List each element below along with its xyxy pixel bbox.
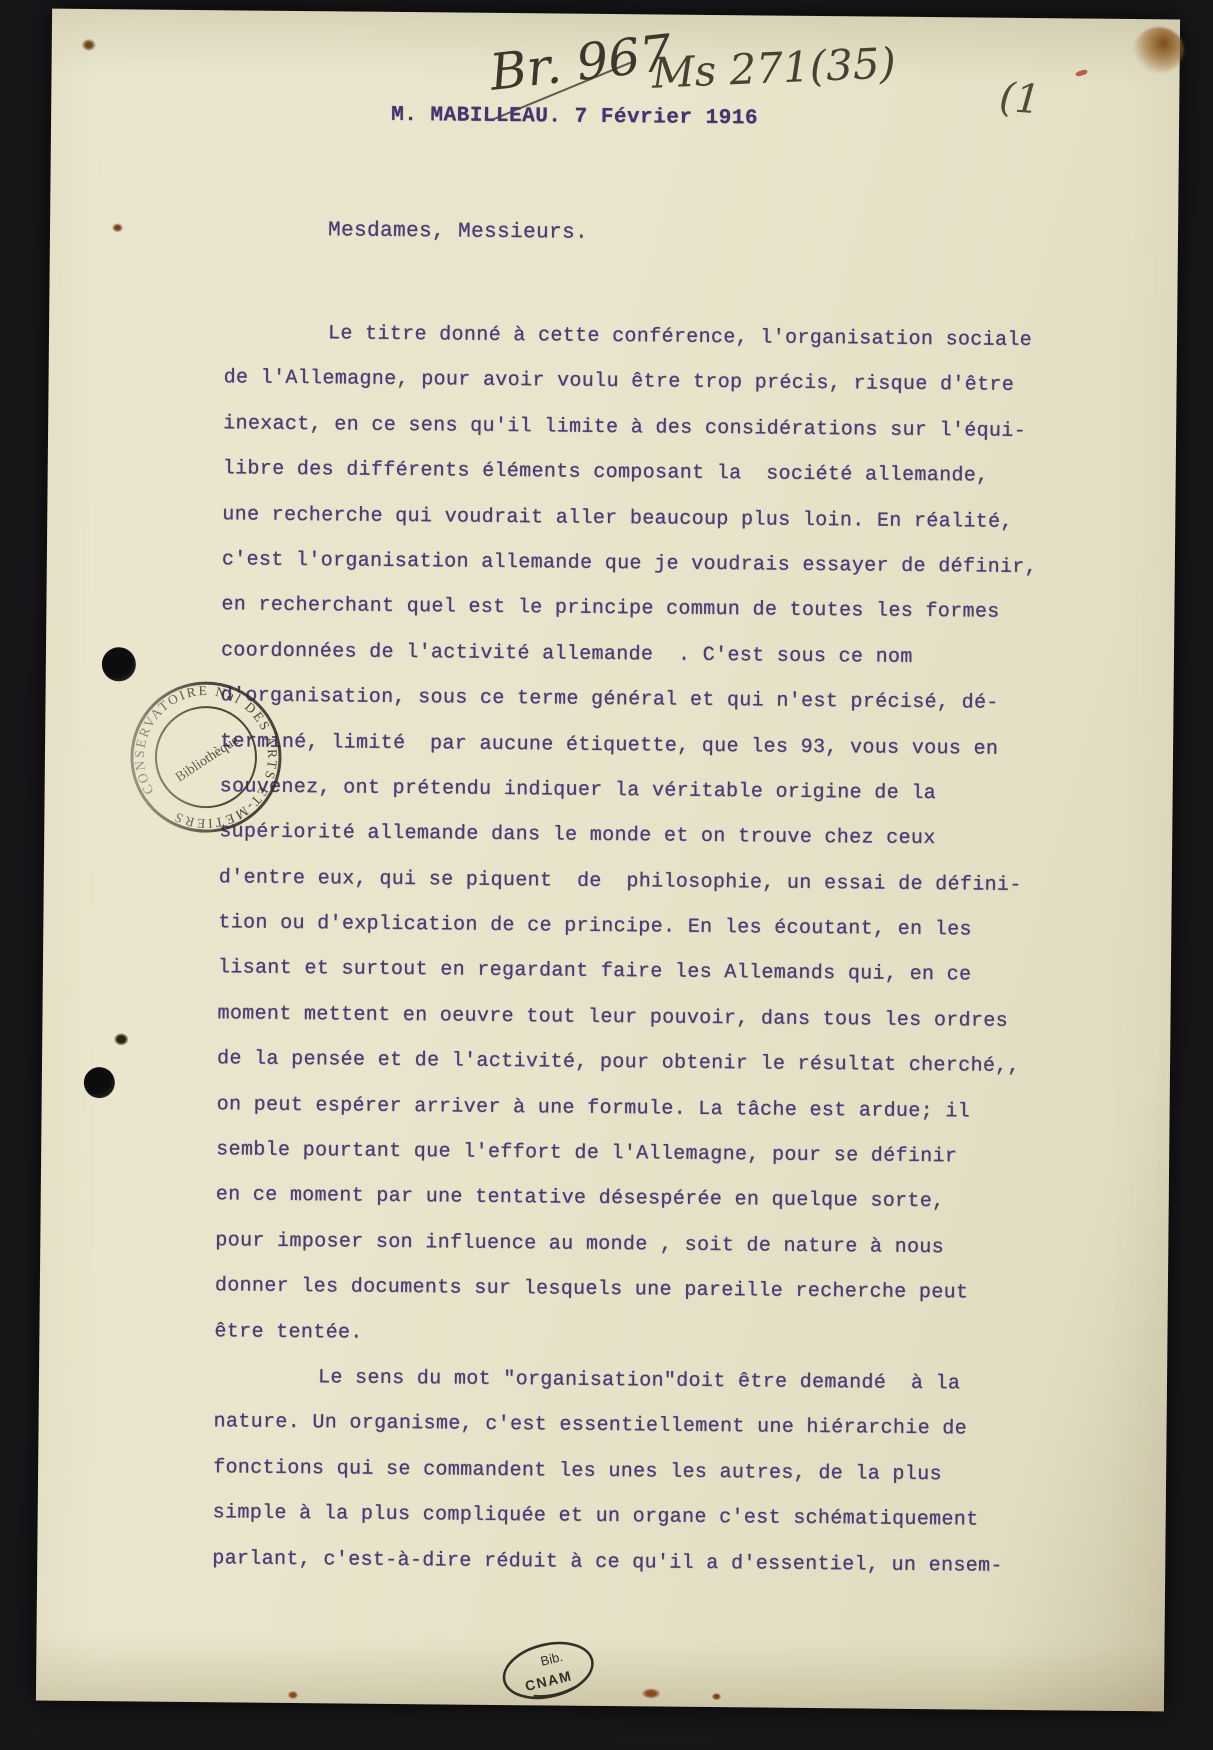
foxing-dot-bottom2 — [288, 1691, 298, 1699]
typed-line: donner les documents sur lesquels une pa… — [215, 1263, 1095, 1317]
typed-line: nature. Un organisme, c'est essentiellem… — [213, 1400, 1093, 1454]
typed-line: libre des différents éléments composant … — [223, 446, 1103, 500]
shelfmark-annotation-ms: Ms 271(35) — [651, 38, 897, 97]
typed-line: en recherchant quel est le principe comm… — [221, 583, 1101, 637]
typed-line: de l'Allemagne, pour avoir voulu être tr… — [223, 356, 1103, 410]
typed-line: supériorité allemande dans le monde et o… — [219, 810, 1099, 864]
oval-stamp-graphic: Bib. CNAM — [492, 1631, 605, 1710]
oval-stamp-line1: Bib. — [539, 1649, 564, 1669]
typed-line: d'organisation, sous ce terme général et… — [220, 673, 1100, 727]
round-stamp-center-text: Bibliothèque — [173, 733, 242, 785]
typed-line: parlant, c'est-à-dire réduit à ce qu'il … — [212, 1536, 1092, 1590]
document-header: M. MABILLEAU. 7 Février 1916 — [391, 104, 758, 131]
page-number-annotation: (1 — [998, 74, 1043, 123]
library-oval-stamp: Bib. CNAM — [492, 1631, 605, 1710]
foxing-stain-topleft — [82, 39, 96, 51]
scan-background: Br. 967 Ms 271(35) (1 M. MABILLEAU. 7 Fé… — [0, 0, 1213, 1750]
shelfmark-annotation-br: Br. 967 — [487, 24, 675, 102]
typed-line: en ce moment par une tentative désespéré… — [216, 1173, 1096, 1227]
document-body: Le titre donné à cette conférence, l'org… — [212, 310, 1104, 1589]
typed-line: de la pensée et de l'activité, pour obte… — [217, 1037, 1097, 1091]
typed-line: lisant et surtout en regardant faire les… — [218, 946, 1098, 1000]
punch-hole-top — [102, 647, 136, 681]
foxing-dot-left — [112, 223, 123, 232]
typed-line: simple à la plus compliquée et un organe… — [212, 1490, 1092, 1544]
foxing-stain-corner — [1134, 27, 1184, 73]
red-mark — [1075, 69, 1088, 77]
foxing-dot-bottom1 — [642, 1688, 660, 1698]
foxing-dot-mid — [114, 1033, 128, 1045]
foxing-dot-bottom3 — [712, 1693, 721, 1700]
salutation-line: Mesdames, Messieurs. — [328, 219, 588, 244]
punch-hole-bottom — [84, 1067, 115, 1098]
document-page: Br. 967 Ms 271(35) (1 M. MABILLEAU. 7 Fé… — [36, 9, 1180, 1712]
